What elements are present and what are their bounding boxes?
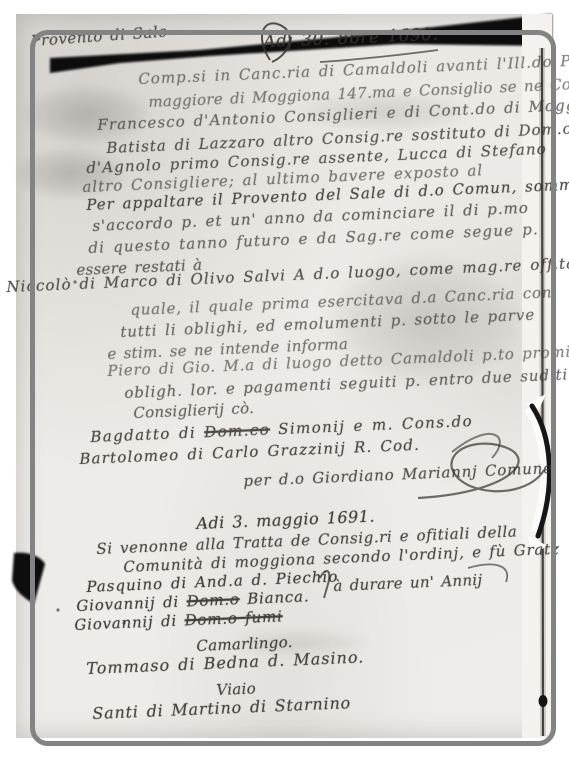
rounded-frame-border <box>30 30 556 746</box>
scanned-document-page: Provento di SaleAdj 30. 8bre 1690.Comp.s… <box>0 0 569 760</box>
